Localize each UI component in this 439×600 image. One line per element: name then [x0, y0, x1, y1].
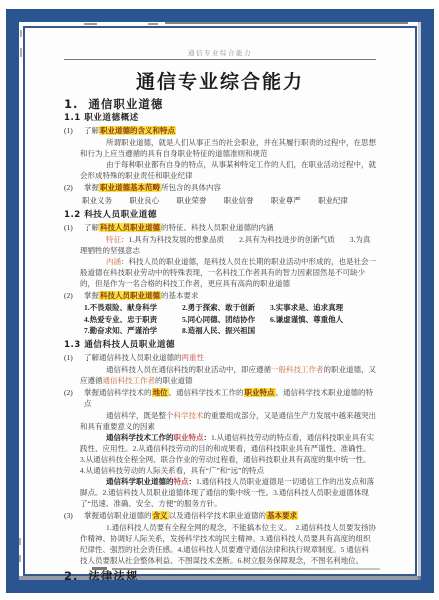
doc-line: (3)掌握通信职业道德的含义以及通信科学技术职业道德的基本要求 — [64, 510, 376, 521]
doc-line: 特征：1.具有为科技发展的想象品质 2.具有为科技进步的创新气质 3.为真理牺牲… — [80, 234, 376, 256]
doc-line: 1.2 科技人员职业道德 — [64, 210, 376, 221]
doc-line: 通信科学技术工作的职业特点：1.从通信科技劳动的特点看，通信科技职业具有实践性、… — [80, 432, 376, 476]
document-content: 通信专业综合能力 通信专业综合能力 1. 通信职业道德1.1 职业道德概述(1)… — [64, 48, 376, 580]
document-body: 1. 通信职业道德1.1 职业道德概述(1)了解职业道德的含义和特点所谓职业道德… — [64, 99, 376, 580]
doc-line: 通信科学职业道德的特点：1.通信科技人员职业道德是一切通信工作的出发点和落脚点。… — [80, 476, 376, 509]
doc-line: 职业义务职业良心职业荣誉职业信誉职业尊严职业纪律 — [64, 194, 376, 207]
doc-line: 7.勤奋求知、严谨治学8.造福人民、振兴祖国 — [64, 325, 376, 337]
photo-frame: 通信专业综合能力 通信专业综合能力 1. 通信职业道德1.1 职业道德概述(1)… — [6, 9, 434, 593]
doc-line: 4.热爱专业、忠于职责5.同心同德、团结协作6.谦虚谨慎、尊重他人 — [64, 314, 376, 326]
doc-line: 2. 法律法规 — [64, 571, 376, 581]
doc-line: (2)掌握通信科学技术的地位、通信科学技术工作的职业特点、通信科学技术职业道德的… — [64, 387, 376, 409]
doc-line: 由于每种职业都有自身的特点，从事某种特定工作的人们，在职业活动过程中，就会形成特… — [80, 159, 376, 181]
doc-line: (1)了解职业道德的含义和特点 — [64, 125, 376, 136]
doc-line: 所谓职业道德，就是人们从事正当的社会职业，并在其履行职责的过程中，在思想和行为上… — [80, 137, 376, 159]
doc-line: 1.3 通信科技人员职业道德 — [64, 340, 376, 351]
doc-line: (2)掌握科技人员职业道德的基本要求 — [64, 290, 376, 301]
page-number: 1 — [19, 538, 421, 546]
running-header: 通信专业综合能力 — [64, 48, 376, 57]
doc-line: 通信科技人员在通信科技的职业活动中，即应遵循一般科技工作者的职业道德，又应遵循通… — [80, 364, 376, 386]
doc-line: (1)了解通信科技人员职业道德的两重性 — [64, 352, 376, 363]
doc-line: 内涵：科技人员的职业道德，是科技人员在长期的职业活动中形成的，也是社会一般道德在… — [80, 256, 376, 289]
doc-line: 通信科学，既是整个科学技术的重要组成部分，又是通信生产力发展中越来越突出和具有重… — [80, 410, 376, 432]
doc-line: 1.1 职业道德概述 — [64, 113, 376, 124]
doc-line: (1)了解科技人员职业道德的特征、科技人员职业道德的内涵 — [64, 222, 376, 233]
doc-line: 1. 通信职业道德 — [64, 99, 376, 110]
header-rule — [64, 59, 376, 60]
doc-line: (2)掌握职业道德基本范畴所包含的具体内容 — [64, 182, 376, 193]
doc-line: 1.不畏艰险、献身科学2.勇于探索、敢于创新3.实事求是、追求真理 — [64, 302, 376, 314]
document-page: 通信专业综合能力 通信专业综合能力 1. 通信职业道德1.1 职业道德概述(1)… — [19, 22, 421, 580]
page-title: 通信专业综合能力 — [64, 67, 376, 94]
